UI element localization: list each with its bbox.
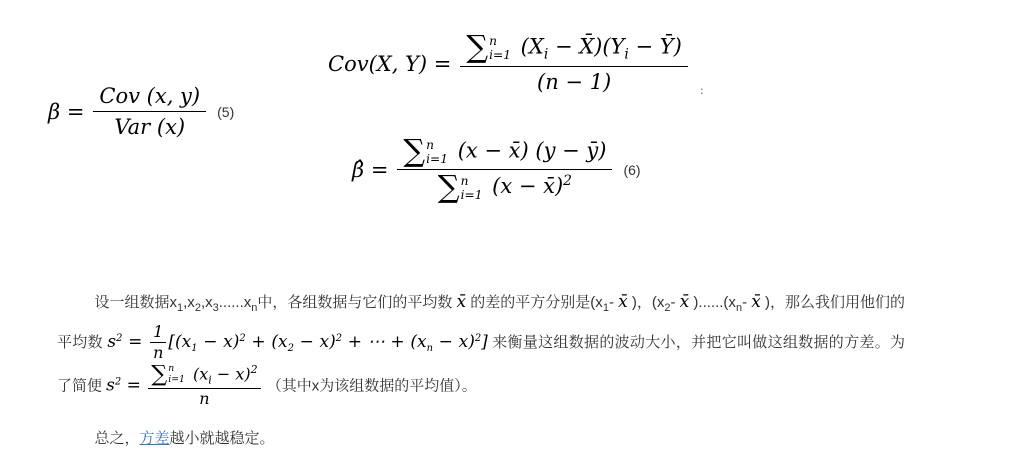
equation-tag-6: (6) xyxy=(623,162,640,178)
math-inline: x̄ xyxy=(457,292,467,312)
math-inline: s xyxy=(107,332,116,352)
denominator: ∑ ni=1 (x − x̄)2 xyxy=(397,169,612,202)
inline-fraction: 1n xyxy=(150,323,166,363)
math-inline: + ⋯ + (x xyxy=(342,332,427,352)
sum-upper-limit: n xyxy=(489,34,511,48)
paragraph-conclusion: 总之，方差越小就越稳定。 xyxy=(57,430,275,448)
text-run: 总之， xyxy=(95,430,140,447)
text-run: 设一组数据x xyxy=(95,294,178,311)
math-inline: s xyxy=(106,375,115,395)
superscript: 2 xyxy=(563,173,572,189)
numerator: Cov (x, y) xyxy=(93,84,206,111)
beta-hat-lhs: β̂ = xyxy=(352,158,388,182)
math-inline: = xyxy=(121,375,146,395)
numerator: ∑ ni=1 (x − x̄) (y − ȳ) xyxy=(397,138,612,169)
beta-lhs: β = xyxy=(48,100,84,124)
math-inline: + (x xyxy=(246,332,288,352)
text-run: ......x xyxy=(219,294,252,311)
variance-link[interactable]: 方差 xyxy=(140,430,170,447)
math-inline: x̄ xyxy=(751,292,761,312)
text-run: - xyxy=(671,294,680,311)
math-term: (X xyxy=(521,35,544,59)
numerator: ∑ ni=1 (Xi − X̄)(Yi − Ȳ) xyxy=(460,34,687,66)
sigma-glyph: ∑ xyxy=(466,35,488,61)
page-root: β = Cov (x, y) Var (x) (5) Cov(X, Y) = ∑… xyxy=(0,0,1022,476)
fraction: ∑ ni=1 (x − x̄) (y − ȳ) ∑ ni=1 (x − x̄)2 xyxy=(397,138,612,202)
text-run: - xyxy=(742,294,751,311)
cov-lhs: Cov(X, Y) = xyxy=(328,52,451,76)
text-run: ,x xyxy=(201,294,213,311)
sum-upper-limit: n xyxy=(461,174,483,188)
numerator: ∑ni=1 (xi − x)2 xyxy=(148,364,260,388)
text-run: )......(x xyxy=(689,294,736,311)
summation-limits: ni=1 xyxy=(489,34,511,62)
text-run: ,x xyxy=(183,294,195,311)
summation-symbol: ∑ ni=1 xyxy=(403,138,448,166)
formula-beta-hat: β̂ = ∑ ni=1 (x − x̄) (y − ȳ) ∑ ni=1 (x −… xyxy=(352,138,641,202)
math-term: − X̄)(Y xyxy=(548,35,624,59)
math-inline: x̄ xyxy=(618,292,628,312)
math-term: − x) xyxy=(212,364,251,383)
paragraph-variance: 设一组数据x1,x2,x3......xn中，各组数据与它们的平均数 x̄ 的差… xyxy=(57,287,905,408)
sum-lower-limit: i=1 xyxy=(168,375,185,386)
sum-upper-limit: n xyxy=(426,138,448,152)
sum-lower-limit: i=1 xyxy=(489,48,511,62)
sigma-glyph: ∑ xyxy=(151,365,167,384)
math-inline: − x) xyxy=(433,332,475,352)
fraction: Cov (x, y) Var (x) xyxy=(93,84,206,139)
text-run: 的差的平方分别是(x xyxy=(466,294,603,311)
denominator: n xyxy=(150,342,166,362)
numerator: 1 xyxy=(150,323,166,342)
math-inline: [(x xyxy=(168,332,191,352)
summation-symbol: ∑ ni=1 xyxy=(438,174,483,202)
summation-limits: ni=1 xyxy=(461,174,483,202)
sum-lower-limit: i=1 xyxy=(426,152,448,166)
summation-limits: ni=1 xyxy=(426,138,448,166)
math-inline: ] xyxy=(481,332,488,352)
math-term: (x xyxy=(188,364,208,383)
text-run: 中，各组数据与它们的平均数 xyxy=(257,294,456,311)
math-superscript: 2 xyxy=(251,363,258,376)
text-run: )，(x xyxy=(628,294,665,311)
summation-limits: ni=1 xyxy=(168,364,185,385)
denominator: n xyxy=(148,388,260,408)
math-term: − Ȳ) xyxy=(629,35,682,59)
denominator: (n − 1) xyxy=(460,66,687,94)
text-run: （其中x为该组数据的平均值）。 xyxy=(263,377,477,394)
math-inline: − x) xyxy=(198,332,240,352)
summation-symbol: ∑ ni=1 xyxy=(466,34,511,62)
inline-sum-fraction: ∑ni=1 (xi − x)2n xyxy=(148,364,260,409)
math-inline: x̄ xyxy=(680,292,690,312)
formula-beta-ratio: β = Cov (x, y) Var (x) (5) xyxy=(48,84,234,139)
equation-tag-5: (5) xyxy=(217,104,234,120)
denominator: Var (x) xyxy=(93,111,206,139)
summation-symbol: ∑ni=1 xyxy=(151,364,185,385)
sigma-glyph: ∑ xyxy=(438,175,460,201)
fraction: ∑ ni=1 (Xi − X̄)(Yi − Ȳ) (n − 1) xyxy=(460,34,687,94)
formula-covariance: Cov(X, Y) = ∑ ni=1 (Xi − X̄)(Yi − Ȳ) (n … xyxy=(328,34,688,94)
sigma-glyph: ∑ xyxy=(403,139,425,165)
math-inline: = xyxy=(122,332,148,352)
text-run: - xyxy=(609,294,618,311)
sum-lower-limit: i=1 xyxy=(461,188,483,202)
math-inline: − x) xyxy=(294,332,336,352)
stray-colon-mark: : xyxy=(700,84,704,97)
math-term: (x − x̄) xyxy=(492,174,563,198)
text-run: 越小就越稳定。 xyxy=(170,430,275,447)
math-term: (x − x̄) (y − ȳ) xyxy=(458,139,607,163)
